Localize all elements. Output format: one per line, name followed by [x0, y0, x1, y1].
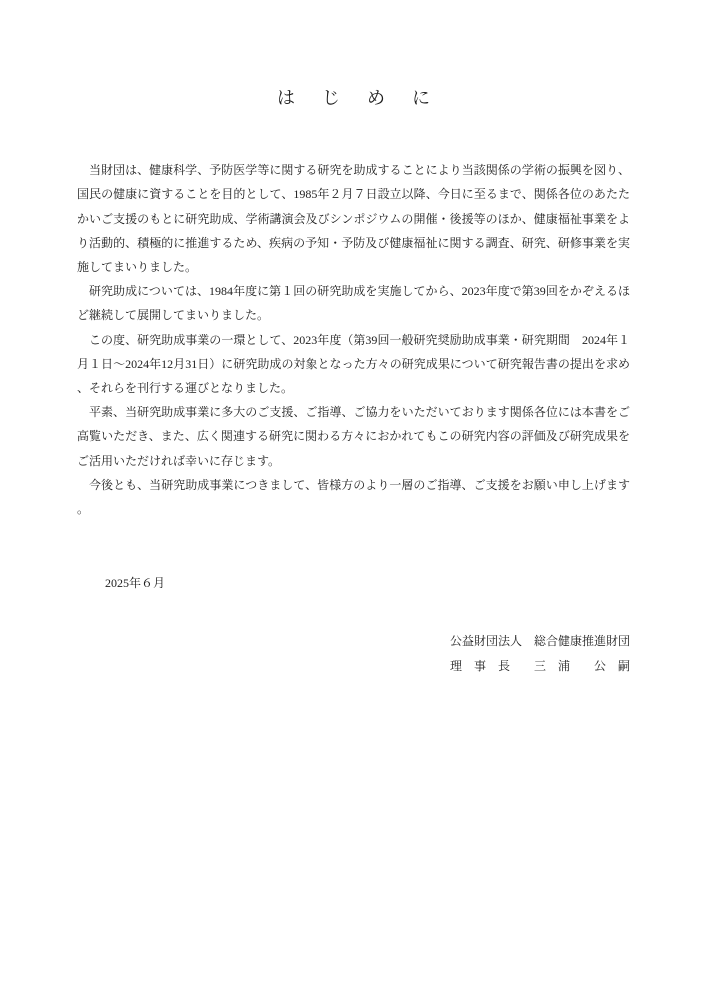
document-page: はじめに 当財団は、健康科学、予防医学等に関する研究を助成することにより当該関係… — [0, 0, 707, 1000]
signature-title-and-name: 理 事 長 三 浦 公 嗣 — [77, 654, 630, 679]
signature-block: 公益財団法人 総合健康推進財団 理 事 長 三 浦 公 嗣 — [77, 629, 630, 678]
document-body: 当財団は、健康科学、予防医学等に関する研究を助成することにより当該関係の学術の振… — [77, 158, 630, 521]
paragraph-3: この度、研究助成事業の一環として、2023年度（第39回一般研究奨励助成事業・研… — [77, 328, 630, 401]
paragraph-5: 今後とも、当研究助成事業につきまして、皆様方のより一層のご指導、ご支援をお願い申… — [77, 473, 630, 521]
date-line: 2025年６月 — [105, 571, 630, 595]
paragraph-1: 当財団は、健康科学、予防医学等に関する研究を助成することにより当該関係の学術の振… — [77, 158, 630, 279]
signature-organization: 公益財団法人 総合健康推進財団 — [77, 629, 630, 654]
paragraph-4: 平素、当研究助成事業に多大のご支援、ご指導、ご協力をいただいております関係各位に… — [77, 400, 630, 473]
page-title: はじめに — [77, 86, 630, 111]
paragraph-2: 研究助成については、1984年度に第１回の研究助成を実施してから、2023年度で… — [77, 279, 630, 327]
